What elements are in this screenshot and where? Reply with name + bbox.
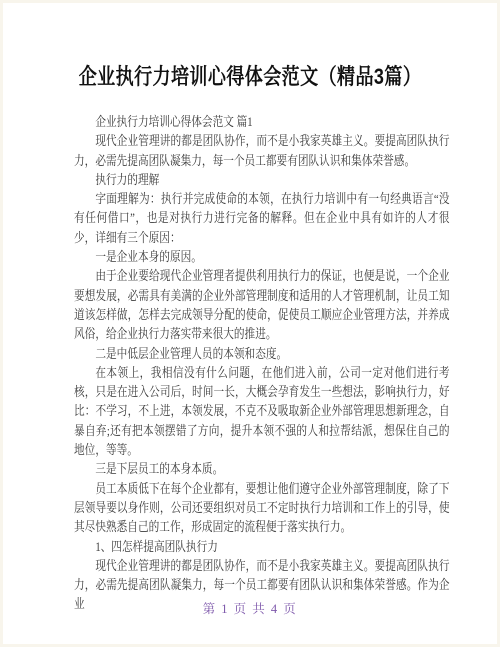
document-page: 企业执行力培训心得体会范文（精品3篇） 企业执行力培训心得体会范文 篇1现代企业…	[0, 0, 500, 647]
document-title: 企业执行力培训心得体会范文（精品3篇）	[47, 63, 452, 90]
paragraph: 执行力的理解	[74, 170, 450, 189]
paragraph: 三是下层员工的本身本质。	[74, 459, 450, 478]
document-body: 企业执行力培训心得体会范文 篇1现代企业管理讲的都是团队协作，而不是小我家英雄主…	[74, 112, 450, 614]
paragraph: 在本领上，我相信没有什么问题，在他们进入前，公司一定对他们进行考核，只是在进入公…	[74, 363, 450, 459]
page-footer: 第 1 页 共 4 页	[3, 602, 497, 617]
paragraph: 二是中低层企业管理人员的本领和态度。	[74, 344, 450, 363]
paragraph: 员工本质低下在每个企业都有，要想让他们遵守企业外部管理制度，除了下层领导要以身作…	[74, 479, 450, 537]
page-number-text: 第 1 页 共 4 页	[203, 602, 298, 616]
paragraph: 1、四怎样提高团队执行力	[74, 537, 450, 556]
paragraph: 企业执行力培训心得体会范文 篇1	[74, 112, 450, 131]
paragraph: 由于企业要给现代企业管理者提供利用执行力的保证，也便是说，一个企业要想发展，必需…	[74, 266, 450, 343]
paragraph: 字面理解为：执行并完成使命的本领，在执行力培训中有一句经典语言“没有任何借口”，…	[74, 189, 450, 247]
paragraph: 一是企业本身的原因。	[74, 247, 450, 266]
paragraph: 现代企业管理讲的都是团队协作，而不是小我家英雄主义。要提高团队执行力，必需先提高…	[74, 131, 450, 170]
